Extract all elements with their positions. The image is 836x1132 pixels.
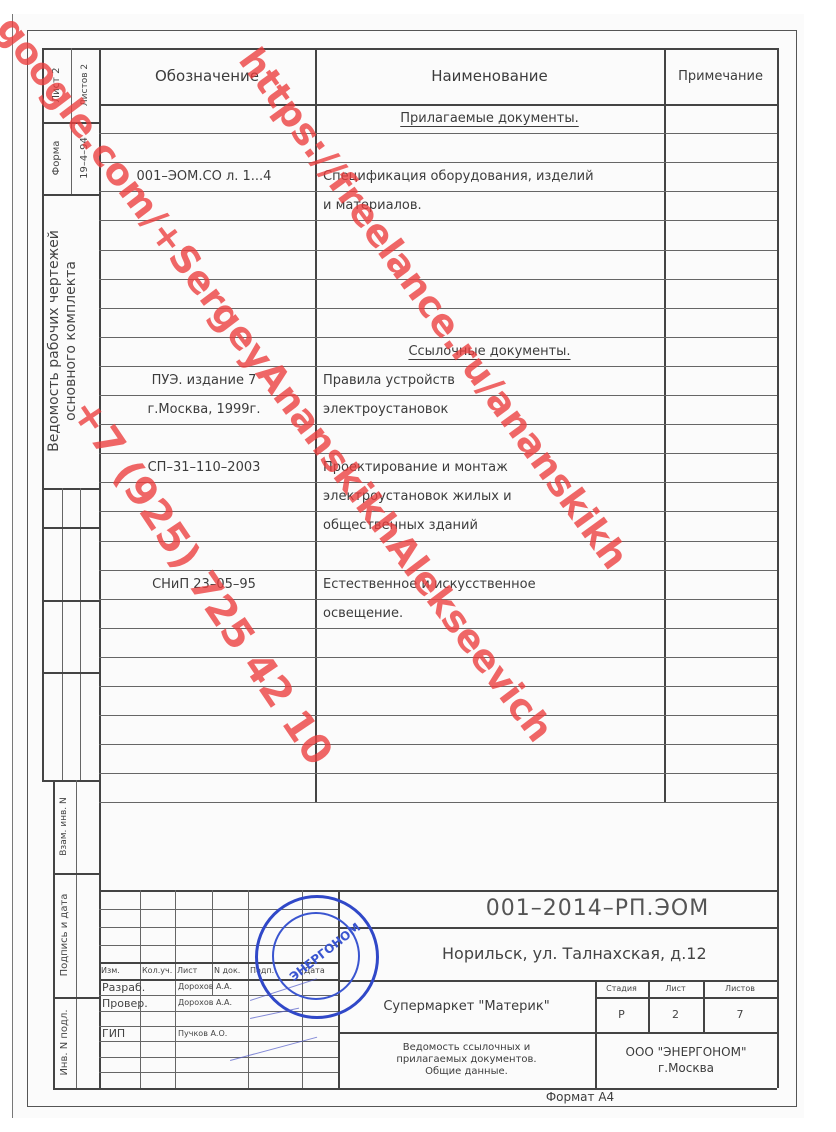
person-name: Пучков А.О. <box>178 1026 248 1041</box>
sheet-format: Формат А4 <box>520 1091 640 1105</box>
cell-note <box>664 220 777 249</box>
cell-designation <box>99 686 315 715</box>
sheets-label: Листов 2 <box>71 48 99 122</box>
table-row <box>99 279 777 308</box>
header-designation: Обозначение <box>99 48 315 104</box>
sheet-title: Ведомость ссылочных иприлагаемых докумен… <box>338 1032 595 1088</box>
cell-note <box>664 482 777 511</box>
role-label: Разраб. <box>102 979 175 995</box>
sheet-number-label: Лист <box>648 980 703 997</box>
cell-note <box>664 162 777 191</box>
table-row <box>99 220 777 249</box>
original-inventory-label: Инв. N подл. <box>53 997 76 1088</box>
cell-designation: г.Москва, 1999г. <box>99 395 315 424</box>
cell-name <box>315 657 664 686</box>
cell-designation <box>99 308 315 337</box>
table-row: Ссылочные документы. <box>99 337 777 366</box>
cell-designation <box>99 744 315 773</box>
rule-line <box>99 1072 338 1073</box>
cell-note <box>664 424 777 453</box>
cell-name <box>315 424 664 453</box>
table-row <box>99 686 777 715</box>
rule-line <box>99 1088 777 1090</box>
cell-designation: ПУЭ. издание 7 <box>99 366 315 395</box>
role-label <box>102 1011 175 1026</box>
rule-line <box>62 488 63 780</box>
cell-name <box>315 715 664 744</box>
rule-line <box>42 527 99 529</box>
cell-designation <box>99 541 315 570</box>
cell-note <box>664 773 777 802</box>
cell-name: электроустановок жилых и <box>315 482 664 511</box>
cell-name <box>315 220 664 249</box>
rule-line <box>42 600 99 602</box>
cell-name: Спецификация оборудования, изделий <box>315 162 664 191</box>
table-row: СП–31–110–2003Проектирование и монтаж <box>99 453 777 482</box>
cell-note <box>664 744 777 773</box>
rule-line <box>76 780 77 1088</box>
table-row <box>99 308 777 337</box>
cell-note <box>664 104 777 133</box>
table-row: Прилагаемые документы. <box>99 104 777 133</box>
cell-note <box>664 686 777 715</box>
cell-note <box>664 511 777 540</box>
object-name: Супермаркет "Материк" <box>338 980 595 1032</box>
table-row <box>99 773 777 802</box>
sheet-label: Лист 2 <box>42 48 71 122</box>
side-title: Ведомость рабочих чертежейосновного комп… <box>46 194 96 488</box>
table-row <box>99 133 777 162</box>
cell-note <box>664 308 777 337</box>
cell-note <box>664 599 777 628</box>
table-row <box>99 424 777 453</box>
rule-line <box>42 672 99 674</box>
table-row <box>99 744 777 773</box>
section-heading: Прилагаемые документы. <box>315 104 664 133</box>
rev-header: Изм. <box>101 962 140 979</box>
cell-name <box>315 628 664 657</box>
cell-designation <box>99 104 315 133</box>
cell-designation <box>99 250 315 279</box>
cell-name <box>315 541 664 570</box>
cell-note <box>664 541 777 570</box>
cell-designation <box>99 657 315 686</box>
cell-name <box>315 133 664 162</box>
company-city: г.Москва <box>658 1060 714 1076</box>
cell-note <box>664 715 777 744</box>
rev-header: Кол.уч. <box>142 962 175 979</box>
document-code: 001–2014–РП.ЭОМ <box>338 890 777 927</box>
cell-note <box>664 453 777 482</box>
cell-name <box>315 686 664 715</box>
role-label: Провер. <box>102 995 175 1011</box>
cell-name: Естественное и искусственное <box>315 570 664 599</box>
header-name: Наименование <box>315 48 664 104</box>
cell-name <box>315 744 664 773</box>
cell-note <box>664 657 777 686</box>
rule-line <box>53 1088 99 1090</box>
form-value: 19–4–94 <box>71 122 99 194</box>
cell-designation <box>99 511 315 540</box>
section-heading: Ссылочные документы. <box>315 337 664 366</box>
cell-designation <box>99 279 315 308</box>
table-row: освещение. <box>99 599 777 628</box>
rev-header: N док. <box>214 962 248 979</box>
cell-note <box>664 366 777 395</box>
cell-designation: СП–31–110–2003 <box>99 453 315 482</box>
rule-line <box>99 890 101 1088</box>
side-title-line2: основного комплекта <box>63 194 80 488</box>
table-row: общественных зданий <box>99 511 777 540</box>
table-row: г.Москва, 1999г.электроустановок <box>99 395 777 424</box>
table-row: СНиП 23–05–95Естественное и искусственно… <box>99 570 777 599</box>
sheet-title-line: Общие данные. <box>425 1066 508 1078</box>
cell-designation: 001–ЭОМ.СО л. 1...4 <box>99 162 315 191</box>
rule-line <box>80 488 81 780</box>
side-title-line1: Ведомость рабочих чертежей <box>46 194 63 488</box>
rule-line <box>99 802 777 803</box>
cell-note <box>664 337 777 366</box>
rule-line <box>248 890 249 1088</box>
company-name: ООО "ЭНЕРГОНОМ" <box>626 1044 747 1060</box>
stage-value: Р <box>595 997 648 1032</box>
table-row <box>99 715 777 744</box>
table-row <box>99 250 777 279</box>
person-name: Дорохов А.А. <box>178 979 248 995</box>
table-row <box>99 541 777 570</box>
sheets-count-value: 7 <box>703 997 777 1032</box>
cell-designation <box>99 191 315 220</box>
cell-name: электроустановок <box>315 395 664 424</box>
cell-name: освещение. <box>315 599 664 628</box>
table-row: ПУЭ. издание 7Правила устройств <box>99 366 777 395</box>
cell-note <box>664 133 777 162</box>
rule-line <box>777 48 779 1088</box>
cell-designation <box>99 599 315 628</box>
cell-note <box>664 250 777 279</box>
cell-note <box>664 395 777 424</box>
form-label: Форма <box>42 122 71 194</box>
cell-name <box>315 308 664 337</box>
table-row <box>99 628 777 657</box>
person-name <box>178 1011 248 1026</box>
replace-inventory-label: Взам. инв. N <box>53 780 76 873</box>
rev-header: Лист <box>177 962 212 979</box>
sheet-number-value: 2 <box>648 997 703 1032</box>
cell-name: Правила устройств <box>315 366 664 395</box>
cell-note <box>664 279 777 308</box>
rule-line <box>99 1057 338 1058</box>
signature-date-label: Подпись и дата <box>53 873 76 997</box>
table-row: 001–ЭОМ.СО л. 1...4Спецификация оборудов… <box>99 162 777 191</box>
cell-name <box>315 773 664 802</box>
sheet-title-line: прилагаемых документов. <box>396 1054 536 1066</box>
table-row: и материалов. <box>99 191 777 220</box>
cell-name <box>315 250 664 279</box>
person-name: Дорохов А.А. <box>178 995 248 1011</box>
cell-name: общественных зданий <box>315 511 664 540</box>
cell-name: и материалов. <box>315 191 664 220</box>
header-note: Примечание <box>664 48 777 104</box>
cell-name: Проектирование и монтаж <box>315 453 664 482</box>
cell-designation <box>99 482 315 511</box>
table-row: электроустановок жилых и <box>99 482 777 511</box>
role-label: ГИП <box>102 1026 175 1041</box>
cell-name <box>315 279 664 308</box>
rule-line <box>175 890 176 979</box>
rule-line <box>212 890 213 979</box>
cell-designation <box>99 424 315 453</box>
cell-designation <box>99 715 315 744</box>
cell-designation: СНиП 23–05–95 <box>99 570 315 599</box>
cell-designation <box>99 628 315 657</box>
cell-designation <box>99 337 315 366</box>
cell-designation <box>99 773 315 802</box>
cell-designation <box>99 133 315 162</box>
sheets-count-label: Листов <box>703 980 777 997</box>
rule-line <box>42 488 99 490</box>
company-block: ООО "ЭНЕРГОНОМ"г.Москва <box>595 1032 777 1088</box>
object-address: Норильск, ул. Талнахская, д.12 <box>338 927 777 980</box>
table-row <box>99 657 777 686</box>
cell-note <box>664 191 777 220</box>
sheet-title-line: Ведомость ссылочных и <box>403 1042 530 1054</box>
cell-note <box>664 628 777 657</box>
stage-label: Стадия <box>595 980 648 997</box>
cell-designation <box>99 220 315 249</box>
cell-note <box>664 570 777 599</box>
